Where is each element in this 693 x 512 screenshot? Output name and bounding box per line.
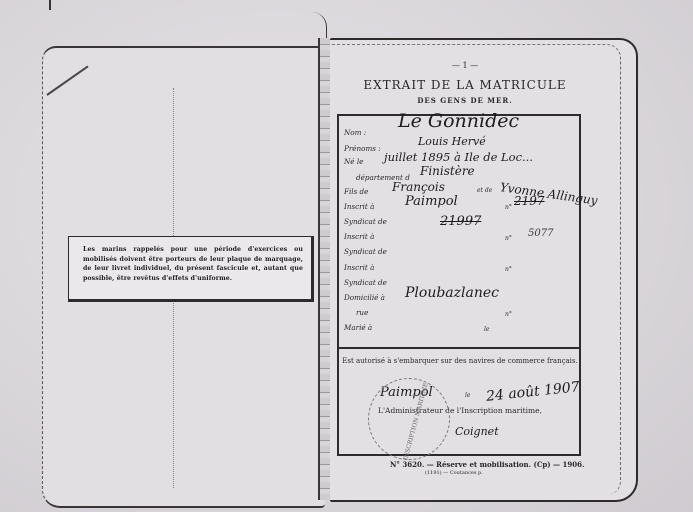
value-prenoms: Louis Hervé: [418, 135, 486, 148]
value-domicilie: Ploubazlanec: [405, 285, 499, 301]
notice-box: Les marins rappelés pour une période d'e…: [68, 236, 314, 302]
authorization-text: Est autorisé à s'embarquer sur des navir…: [340, 356, 580, 366]
label-inscrit-3: Inscrit à: [344, 263, 374, 272]
label-n-2: n°: [505, 235, 512, 242]
label-rue: rue: [356, 308, 368, 317]
document-subtitle: DES GENS DE MER.: [350, 96, 580, 105]
document-title: EXTRAIT DE LA MATRICULE: [350, 78, 580, 92]
value-inscrit-2-number: 5077: [528, 228, 553, 239]
value-ne-le: juillet 1895 à Ile de Loc...: [384, 150, 533, 164]
printer-reference-2: (1191) — Coutances p.: [425, 470, 483, 476]
label-le: le: [484, 326, 489, 333]
value-syndicat-1: 21997: [440, 214, 481, 229]
label-n-1: n°: [505, 204, 512, 211]
worn-corner: [46, 66, 88, 96]
page-number: — 1 —: [440, 61, 490, 70]
label-marie: Marié à: [344, 323, 372, 332]
label-fils-de: Fils de: [344, 187, 368, 196]
label-n-3: n°: [505, 266, 512, 273]
value-inscrit-1-number: 2197: [514, 194, 545, 208]
label-inscrit-2: Inscrit à: [344, 232, 374, 241]
administrator-signature: Coignet: [455, 425, 499, 438]
value-departement: Finistère: [420, 164, 475, 178]
notice-text: Les marins rappelés pour une période d'e…: [83, 245, 303, 283]
label-syndicat-1: Syndicat de: [344, 217, 387, 226]
scan-mark: [49, 0, 51, 10]
label-inscrit-1: Inscrit à: [344, 202, 374, 211]
printer-reference: N° 3620. — Réserve et mobilisation. (Cp)…: [390, 460, 584, 469]
label-ne-le: Né le: [344, 157, 363, 166]
value-fils-de: François: [392, 180, 445, 194]
label-nom: Nom :: [344, 128, 366, 137]
form-divider: [339, 347, 579, 349]
label-et-de: et de: [477, 187, 492, 194]
label-syndicat-3: Syndicat de: [344, 278, 387, 287]
authorization-date-prefix: le: [465, 392, 470, 399]
label-n-4: n°: [505, 311, 512, 318]
label-prenoms: Prénoms :: [344, 144, 381, 153]
label-syndicat-2: Syndicat de: [344, 247, 387, 256]
value-nom: Le Gonnidec: [398, 110, 519, 132]
label-domicilie: Domicilié à: [344, 293, 385, 302]
value-inscrit-1: Paimpol: [405, 194, 458, 209]
